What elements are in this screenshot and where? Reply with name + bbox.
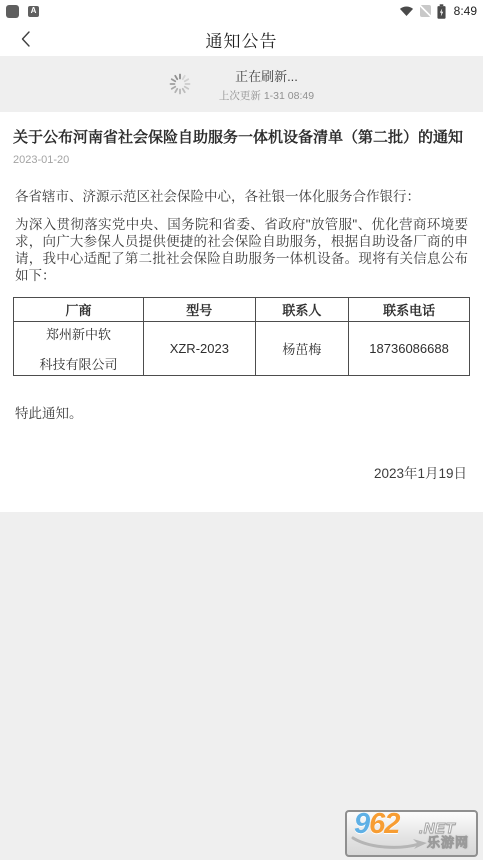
column-header-contact: 联系人 xyxy=(255,298,348,322)
refresh-status-text: 正在刷新... xyxy=(219,66,314,85)
back-chevron-icon xyxy=(20,30,31,48)
wifi-icon xyxy=(399,5,414,17)
loading-spinner-icon xyxy=(169,73,191,95)
page-header: 通知公告 xyxy=(0,22,483,56)
article-sign-date: 2023年1月19日 xyxy=(13,462,470,482)
article-paragraph: 为深入贯彻落实党中央、国务院和省委、省政府"放管服"、优化营商环境要求，向广大参… xyxy=(15,216,468,284)
refresh-status-block: 正在刷新... 上次更新 1-31 08:49 xyxy=(219,66,314,103)
article-closing: 特此通知。 xyxy=(13,402,470,422)
manufacturer-name-line2: 科技有限公司 xyxy=(15,354,142,373)
status-bar-notifications: A xyxy=(6,5,39,18)
article-body: 各省辖市、济源示范区社会保险中心，各社银一体化服务合作银行： 为深入贯彻落实党中… xyxy=(13,188,470,284)
column-header-phone: 联系电话 xyxy=(349,298,470,322)
device-list-table: 厂商 型号 联系人 联系电话 郑州新中软 科技有限公司 XZR-2023 杨茁梅… xyxy=(13,297,470,376)
watermark-swoosh-icon xyxy=(351,835,429,851)
table-header-row: 厂商 型号 联系人 联系电话 xyxy=(14,298,470,322)
status-bar-system-icons: 8:49 xyxy=(399,4,477,19)
article-publish-date: 2023-01-20 xyxy=(13,154,470,166)
app-notification-icon xyxy=(6,5,19,18)
status-bar-clock: 8:49 xyxy=(454,4,477,18)
article-paragraph: 各省辖市、济源示范区社会保险中心，各社银一体化服务合作银行： xyxy=(15,188,468,205)
watermark-site-name: 乐游网 xyxy=(427,832,469,851)
notice-article: 关于公布河南省社会保险自助服务一体机设备清单（第二批）的通知 2023-01-2… xyxy=(0,112,483,512)
refresh-last-updated: 上次更新 1-31 08:49 xyxy=(219,88,314,103)
site-watermark-logo: 962 .NET 乐游网 xyxy=(345,810,478,857)
manufacturer-name-line1: 郑州新中软 xyxy=(15,324,142,343)
column-header-model: 型号 xyxy=(143,298,255,322)
cell-phone: 18736086688 xyxy=(349,322,470,376)
cell-manufacturer: 郑州新中软 科技有限公司 xyxy=(14,322,144,376)
cell-model: XZR-2023 xyxy=(143,322,255,376)
cell-contact: 杨茁梅 xyxy=(255,322,348,376)
pull-to-refresh-area: 正在刷新... 上次更新 1-31 08:49 xyxy=(0,56,483,112)
page-title: 通知公告 xyxy=(206,27,278,52)
table-row: 郑州新中软 科技有限公司 XZR-2023 杨茁梅 18736086688 xyxy=(14,322,470,376)
app-screen: A 8:49 通知公告 xyxy=(0,0,483,860)
letter-a-badge-icon: A xyxy=(28,6,39,17)
article-title: 关于公布河南省社会保险自助服务一体机设备清单（第二批）的通知 xyxy=(13,128,470,148)
battery-charging-icon xyxy=(437,4,446,19)
back-button[interactable] xyxy=(12,22,38,56)
no-sim-icon xyxy=(420,5,431,17)
status-bar: A 8:49 xyxy=(0,0,483,22)
column-header-manufacturer: 厂商 xyxy=(14,298,144,322)
